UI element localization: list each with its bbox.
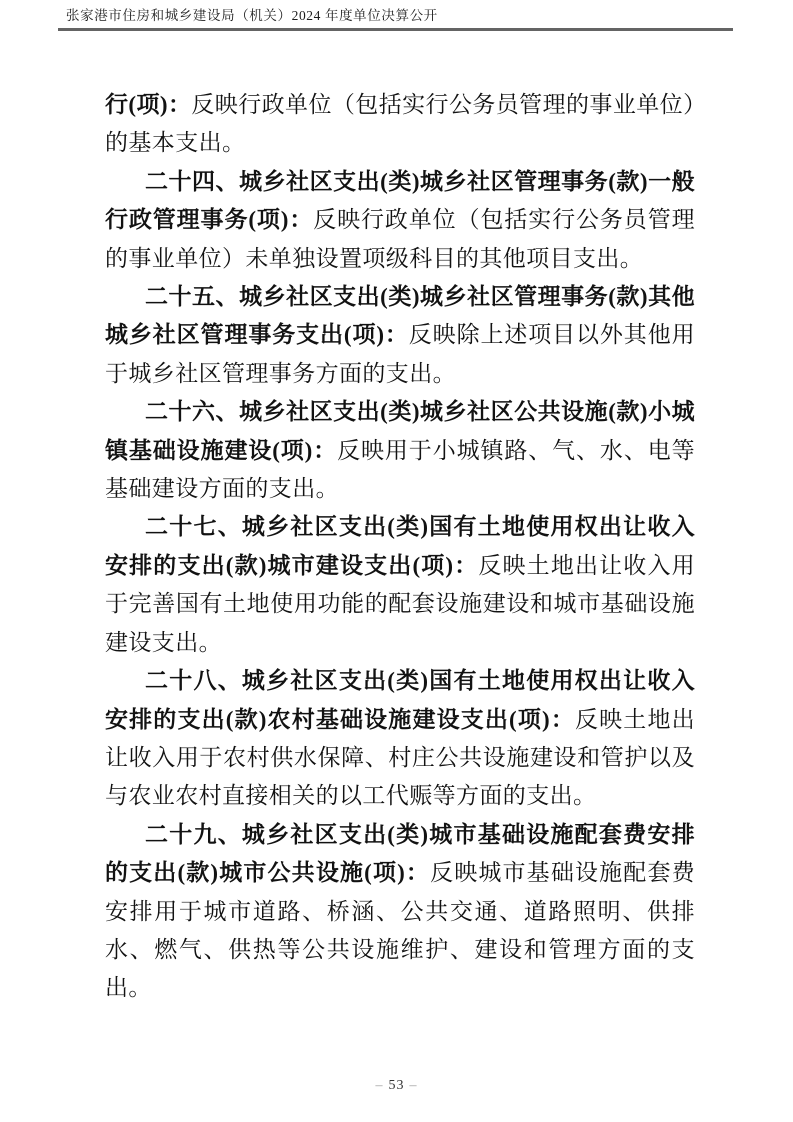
- page-number-dash-right: –: [405, 1078, 423, 1093]
- document-body: 行(项)：反映行政单位（包括实行公务员管理的事业单位）的基本支出。 二十四、城乡…: [105, 86, 695, 1008]
- paragraph-item-25: 二十五、城乡社区支出(类)城乡社区管理事务(款)其他城乡社区管理事务支出(项)：…: [105, 278, 695, 393]
- page-footer: –53–: [0, 1077, 793, 1095]
- page-number: 53: [389, 1078, 405, 1093]
- page-header: 张家港市住房和城乡建设局（机关）2024 年度单位决算公开: [58, 8, 733, 31]
- paragraph-item-23-continuation: 行(项)：反映行政单位（包括实行公务员管理的事业单位）的基本支出。: [105, 86, 695, 163]
- paragraph-text: 反映行政单位（包括实行公务员管理的事业单位）的基本支出。: [105, 92, 695, 155]
- paragraph-item-24: 二十四、城乡社区支出(类)城乡社区管理事务(款)一般行政管理事务(项)：反映行政…: [105, 163, 695, 278]
- paragraph-item-26: 二十六、城乡社区支出(类)城乡社区公共设施(款)小城镇基础设施建设(项)：反映用…: [105, 393, 695, 508]
- header-title: 张家港市住房和城乡建设局（机关）2024 年度单位决算公开: [58, 8, 733, 24]
- paragraph-lead: 行(项)：: [105, 92, 191, 117]
- paragraph-item-29: 二十九、城乡社区支出(类)城市基础设施配套费安排的支出(款)城市公共设施(项)：…: [105, 816, 695, 1008]
- document-page: 张家港市住房和城乡建设局（机关）2024 年度单位决算公开 行(项)：反映行政单…: [0, 0, 793, 1122]
- paragraph-item-28: 二十八、城乡社区支出(类)国有土地使用权出让收入安排的支出(款)农村基础设施建设…: [105, 662, 695, 816]
- page-number-dash-left: –: [371, 1078, 389, 1093]
- paragraph-item-27: 二十七、城乡社区支出(类)国有土地使用权出让收入安排的支出(款)城市建设支出(项…: [105, 508, 695, 662]
